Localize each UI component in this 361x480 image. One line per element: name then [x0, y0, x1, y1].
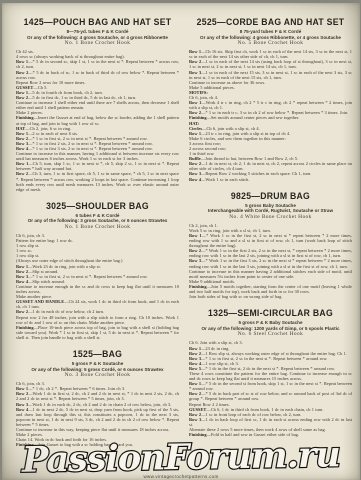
section-hook-line: No. 3 Bone Crochet Hook: [16, 372, 179, 379]
section-hook-line: No. 5 Bone Crochet Hook: [189, 40, 352, 47]
pattern-paragraph: Row 2—Work 1 dc in first st, 2 dc, ch 2 …: [16, 391, 179, 401]
pattern-paragraph: Row 2—* 5 dc in back of sc, 1 sc in back…: [16, 70, 179, 80]
right-column: 2525—CORDE BAG AND HAT SET8 75-yard tube…: [189, 17, 352, 476]
left-column: 1425—POUCH BAG AND HAT SET8—75-yd. tubes…: [16, 17, 179, 476]
pattern-paragraph: Finishing—Fold in half and sew in Gusset…: [189, 432, 352, 437]
pattern-paragraph: Finishing—Join Gusset to bag with a sc h…: [16, 442, 179, 447]
section-materials-line: Interchangeable with Cordé, Rugtwist, So…: [189, 208, 352, 214]
section-title: 1525—BAG: [19, 349, 175, 359]
pattern-paragraph: Row 4—1 dc in next 2 dc, 5 dc in next st…: [16, 407, 179, 427]
pattern-paragraph: Finishing—Insert the Gusset at end of ba…: [16, 115, 179, 125]
pattern-paragraph: Row 3—1 sc in each of the next 15 sts, 3…: [189, 70, 352, 80]
pattern-paragraph: Row 2—1 Row slip st, always working oute…: [189, 351, 352, 356]
section-title: 3025—SHOULDER BAG: [19, 201, 175, 211]
pattern-paragraph: GUSSET AND HANDLE—Ch 24 sts, work 1 dc i…: [16, 299, 179, 309]
pattern-paragraph: Join both sides of bag with sc on wrong …: [189, 294, 352, 299]
pattern-section: 2525—CORDE BAG AND HAT SET8 75-yard tube…: [189, 17, 352, 182]
pattern-paragraph: Row 4—Work 1 sc in each stitch.: [189, 177, 352, 182]
pattern-paragraph: Row 3—Work 1 dc in each dc, 2 dc, ch 2 a…: [16, 402, 179, 407]
pattern-paragraph: Continue to increase enough in the sc an…: [16, 284, 179, 294]
section-hook-line: No. 1 Bone Crochet Hook: [16, 224, 179, 231]
pattern-paragraph: Row 2—* Work 1 sc in the first 2 sts, 2 …: [189, 248, 352, 258]
pattern-paragraph: Row 2—1 sc in each of the next 14 sts (u…: [189, 59, 352, 69]
two-column-text-area: 1425—POUCH BAG AND HAT SET8—75-yd. tubes…: [16, 17, 352, 476]
pattern-paragraph: Row 1—Ch 16 sts. Skip first ch, work 1 s…: [189, 49, 352, 59]
pattern-section: 9825—DRUM BAG5 gross Baby SoutacheInterc…: [189, 191, 352, 300]
pattern-paragraph: Continue to increase in this manner, hav…: [16, 151, 179, 161]
pattern-paragraph: These 4 rows constitute the pattern for …: [189, 371, 352, 381]
section-hook-line: No. 4 White Bone Crochet Hook: [189, 214, 352, 221]
pattern-paragraph: Row 1—Work 4 tr c in ring, ch 2 * 5 tr c…: [189, 100, 352, 110]
pattern-paragraph: Row 1—* 5 dc in the second st from hook,…: [189, 381, 352, 391]
pattern-paragraph: Finishing—Join 5 motifs together, starti…: [189, 284, 352, 294]
pattern-section: 1425—POUCH BAG AND HAT SET8—75-yd. tubes…: [16, 17, 179, 192]
scanned-pattern-page: 1425—POUCH BAG AND HAT SET8—75-yd. tubes…: [2, 3, 360, 480]
pattern-paragraph: Row 2—* 5 dc in back part of sc st of ro…: [189, 391, 352, 401]
pattern-paragraph: Continue to increase in this manner havi…: [189, 269, 352, 279]
pattern-section: 3025—SHOULDER BAG6 tubes F & K CordéOr a…: [16, 201, 179, 340]
pattern-paragraph: Row 1—Ch 5, turn, skip 1 sc, 1 sc in nex…: [16, 161, 179, 171]
pattern-paragraph: Row 1—* 5 dc in second sc, skip 1 st, 1 …: [16, 59, 179, 69]
pattern-paragraph: Row 3—* Work 1 sc in the first 3 sts, 2 …: [189, 258, 352, 268]
pattern-paragraph: Repeat row 2 for 48 inches, join with a …: [16, 315, 179, 325]
section-hook-line: No. 1 Bone Crochet Hook: [16, 40, 179, 47]
pattern-paragraph: Row 2—1 dc in next st, ch 2, 1 dc in nex…: [189, 161, 352, 171]
pattern-paragraph: Finishing—Place 10-inch piece across top…: [16, 325, 179, 340]
section-title: 1425—POUCH BAG AND HAT SET: [19, 17, 175, 27]
watermark-url: www.vintagecrochetpatterns.com: [2, 474, 360, 479]
section-title: 1325—SEMI-CIRCULAR BAG: [192, 308, 348, 318]
section-hook-line: No. 6 Steel Crochet Hook: [189, 331, 352, 338]
pattern-paragraph: Continue to increase 1 shell either end …: [16, 100, 179, 110]
pattern-section: 1525—BAG5 gross F & K SoutacheOr any of …: [16, 349, 179, 447]
pattern-section: 1325—SEMI-CIRCULAR BAG5 gross F & K Baby…: [189, 308, 352, 437]
section-title: 9825—DRUM BAG: [192, 191, 348, 201]
pattern-paragraph: Row 3—1 dc in back loop of first sc, 1 d…: [189, 417, 352, 427]
pattern-paragraph: Row 1—* Work 1 sc in the first st, 2 sc …: [189, 233, 352, 248]
section-title: 2525—CORDE BAG AND HAT SET: [192, 17, 348, 27]
pattern-paragraph: Row 2—Ch 3, turn, 1 sc in first space, c…: [16, 171, 179, 191]
